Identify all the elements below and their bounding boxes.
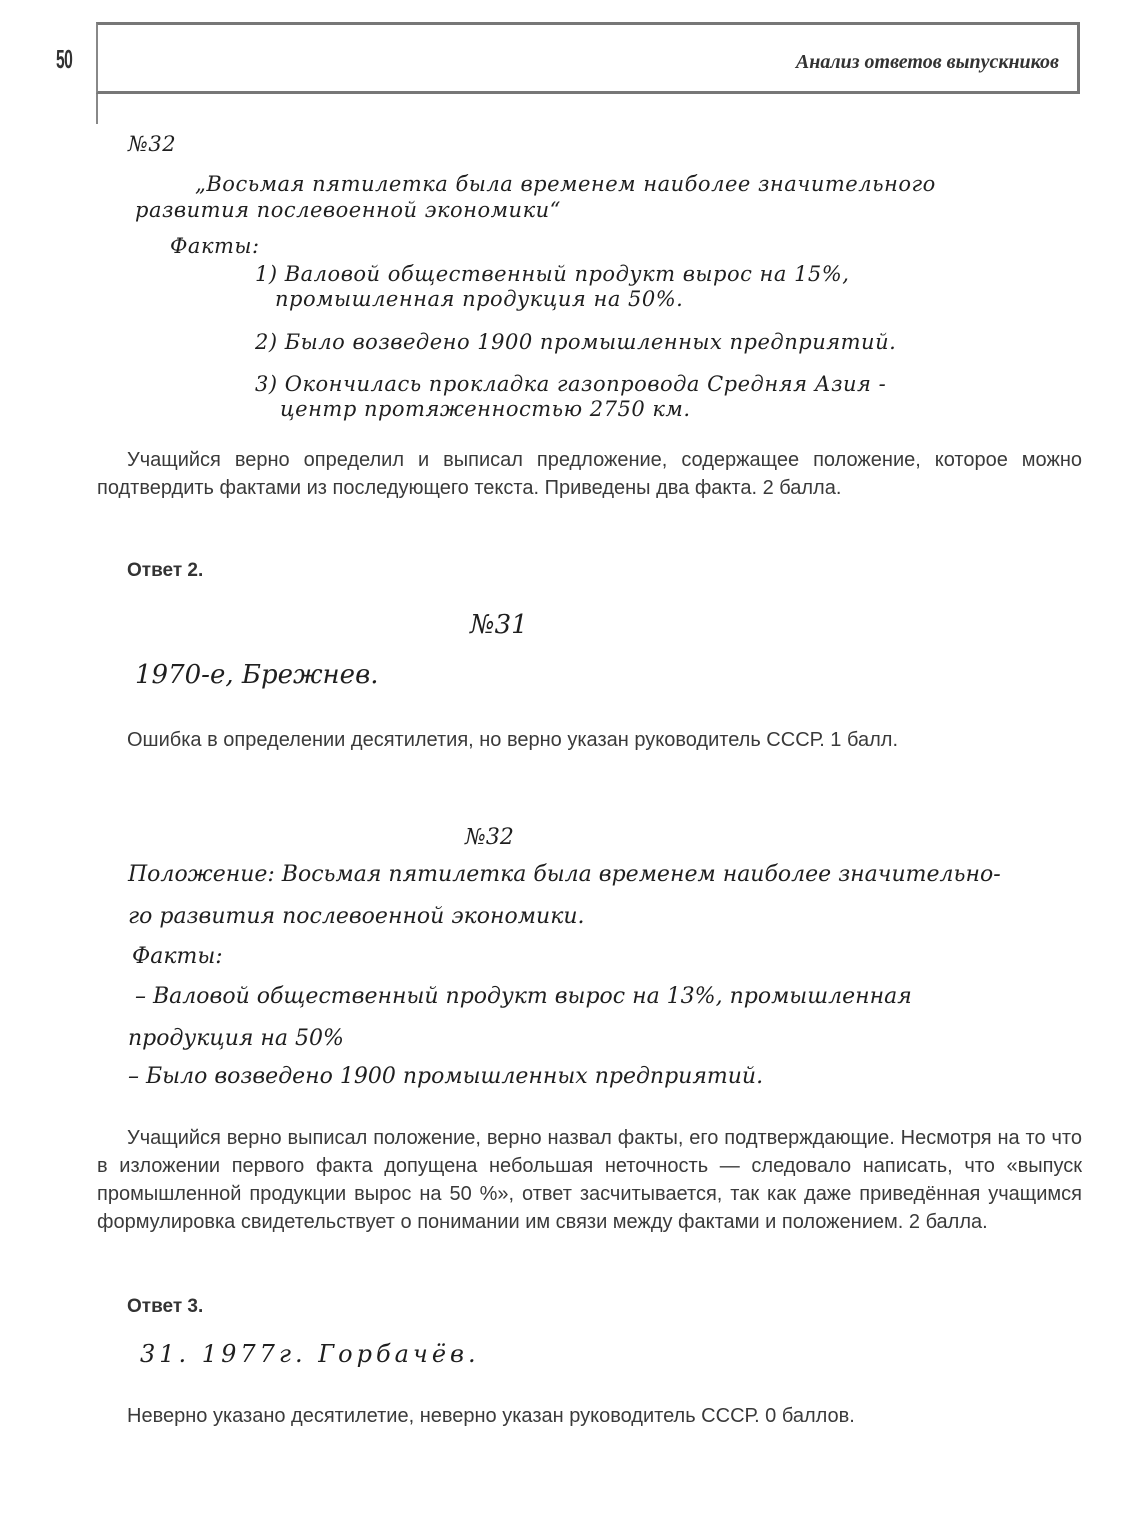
fact-line: 2) Было возведено 1900 промышленных пред…	[255, 330, 896, 354]
fact-line: центр протяженностью 2750 км.	[280, 397, 691, 421]
fact-line: – Было возведено 1900 промышленных предп…	[128, 1064, 763, 1089]
running-title: Анализ ответов выпускников	[796, 51, 1059, 74]
handwritten-answer-3: 31. 1977г. Горбачёв.	[140, 1340, 480, 1368]
comment-paragraph: Учащийся верно определил и выписал предл…	[97, 446, 1082, 502]
fact-line: 1) Валовой общественный продукт вырос на…	[255, 262, 849, 286]
facts-label: Факты:	[170, 234, 260, 258]
answer-label: Ответ 3.	[127, 1296, 203, 1318]
statement-line: развития послевоенной экономики“	[135, 198, 561, 222]
comment-paragraph: Ошибка в определении десятилетия, но вер…	[97, 726, 1082, 754]
statement-line: Положение: Восьмая пятилетка была времен…	[128, 862, 1001, 887]
statement-line: го развития послевоенной экономики.	[128, 904, 585, 929]
fact-line: промышленная продукция на 50%.	[275, 287, 683, 311]
task-number: №32	[465, 825, 514, 850]
header-rail-divider	[96, 94, 98, 124]
task-number: №32	[128, 132, 176, 156]
comment-paragraph: Неверно указано десятилетие, неверно ука…	[127, 1402, 1082, 1430]
handwritten-answer-text: 1970-е, Брежнев.	[135, 660, 378, 690]
running-header: Анализ ответов выпускников	[96, 22, 1080, 94]
page-number: 50	[56, 44, 72, 75]
task-number: №31	[470, 610, 528, 640]
fact-line: продукция на 50%	[128, 1026, 344, 1051]
fact-line: – Валовой общественный продукт вырос на …	[135, 984, 912, 1009]
facts-label: Факты:	[132, 944, 223, 969]
statement-line: „Восьмая пятилетка была временем наиболе…	[195, 172, 936, 196]
answer-label: Ответ 2.	[127, 560, 203, 582]
comment-paragraph: Учащийся верно выписал положение, верно …	[97, 1124, 1082, 1236]
fact-line: 3) Окончилась прокладка газопровода Сред…	[255, 372, 886, 396]
